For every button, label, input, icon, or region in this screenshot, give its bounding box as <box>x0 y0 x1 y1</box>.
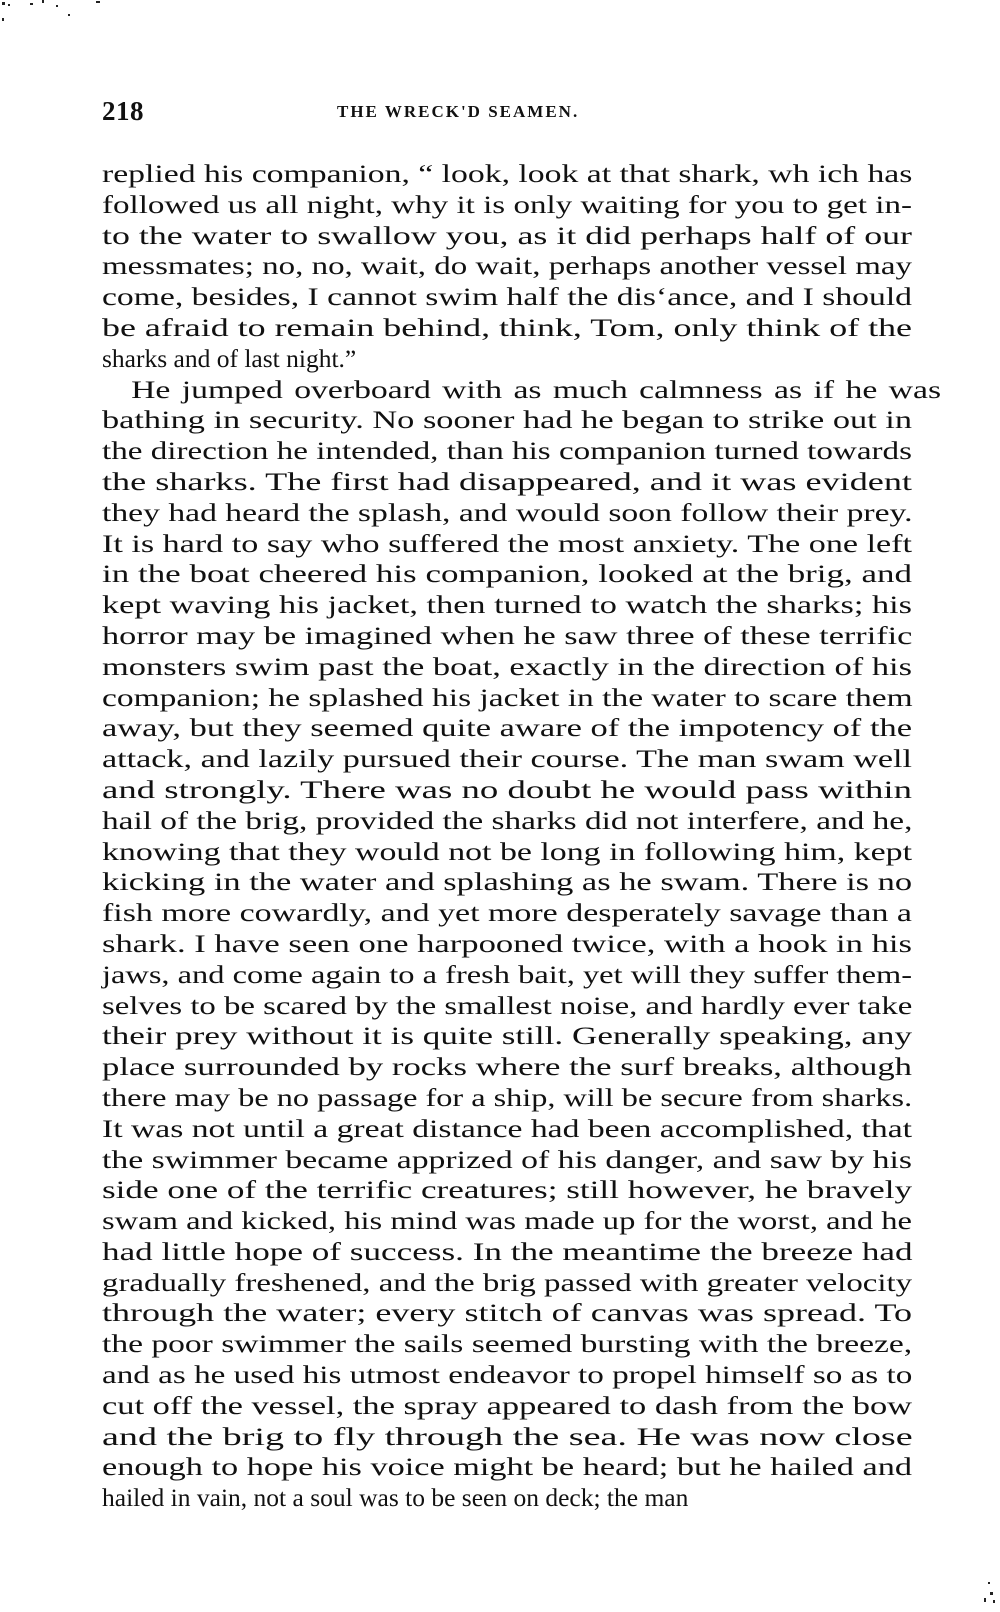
text-line: shark. I have seen one harpooned twice, … <box>102 929 912 960</box>
text-line: kept waving his jacket, then turned to w… <box>102 590 912 621</box>
text-line: and strongly. There was no doubt he woul… <box>102 775 912 806</box>
text-line: kicking in the water and splashing as he… <box>102 867 912 898</box>
text-line: side one of the terrific creatures; stil… <box>102 1175 912 1206</box>
scan-specks-corner <box>968 1578 998 1608</box>
text-line: had little hope of success. In the meant… <box>102 1237 912 1268</box>
text-line: replied his companion, “ look, look at t… <box>102 159 912 190</box>
text-line: the direction he intended, than his comp… <box>102 436 912 467</box>
text-line: the sharks. The first had disappeared, a… <box>102 467 912 498</box>
text-line: knowing that they would not be long in f… <box>102 837 912 868</box>
text-line: attack, and lazily pursued their course.… <box>102 744 912 775</box>
text-line: through the water; every stitch of canva… <box>102 1298 912 1329</box>
text-line: enough to hope his voice might be heard;… <box>102 1452 912 1483</box>
text-line: hail of the brig, provided the sharks di… <box>102 806 912 837</box>
text-line: swam and kicked, his mind was made up fo… <box>102 1206 912 1237</box>
text-line: horror may be imagined when he saw three… <box>102 621 912 652</box>
paragraph: replied his companion, “ look, look at t… <box>102 159 912 375</box>
page-number: 218 <box>102 96 144 127</box>
text-line: He jumped overboard with as much calmnes… <box>102 375 941 406</box>
book-page: 218 THE WRECK'D SEAMEN. replied his comp… <box>0 0 1000 1612</box>
text-line: and as he used his utmost endeavor to pr… <box>102 1360 912 1391</box>
text-line: fish more cowardly, and yet more despera… <box>102 898 912 929</box>
text-line: messmates; no, no, wait, do wait, perhap… <box>102 251 912 282</box>
text-line: hailed in vain, not a soul was to be see… <box>102 1483 688 1514</box>
text-line: selves to be scared by the smallest nois… <box>102 991 912 1022</box>
text-line: It was not until a great distance had be… <box>102 1114 912 1145</box>
text-line: to the water to swallow you, as it did p… <box>102 221 912 252</box>
text-line: the poor swimmer the sails seemed bursti… <box>102 1329 912 1360</box>
text-line: come, besides, I cannot swim half the di… <box>102 282 912 313</box>
text-line: cut off the vessel, the spray appeared t… <box>102 1391 912 1422</box>
running-head: THE WRECK'D SEAMEN. <box>337 102 579 122</box>
text-line: there may be no passage for a ship, will… <box>102 1083 912 1114</box>
text-line: they had heard the splash, and would soo… <box>102 498 912 529</box>
text-line: their prey without it is quite still. Ge… <box>102 1021 912 1052</box>
text-line: jaws, and come again to a fresh bait, ye… <box>102 960 912 991</box>
body-text: replied his companion, “ look, look at t… <box>102 159 912 1514</box>
paragraph: He jumped overboard with as much calmnes… <box>102 375 912 1514</box>
text-line: followed us all night, why it is only wa… <box>102 190 912 221</box>
text-line: monsters swim past the boat, exactly in … <box>102 652 912 683</box>
text-line: companion; he splashed his jacket in the… <box>102 683 912 714</box>
text-line: away, but they seemed quite aware of the… <box>102 713 912 744</box>
text-line: It is hard to say who suffered the most … <box>102 529 912 560</box>
text-line: in the boat cheered his companion, looke… <box>102 559 912 590</box>
text-line: the swimmer became apprized of his dange… <box>102 1145 912 1176</box>
text-line: be afraid to remain behind, think, Tom, … <box>102 313 912 344</box>
text-line: bathing in security. No sooner had he be… <box>102 405 912 436</box>
scan-specks <box>0 0 140 30</box>
text-line: gradually freshened, and the brig passed… <box>102 1268 912 1299</box>
text-line: and the brig to fly through the sea. He … <box>102 1422 912 1453</box>
text-line: place surrounded by rocks where the surf… <box>102 1052 912 1083</box>
page-header: 218 THE WRECK'D SEAMEN. <box>102 96 912 130</box>
text-line: sharks and of last night.” <box>102 344 356 375</box>
